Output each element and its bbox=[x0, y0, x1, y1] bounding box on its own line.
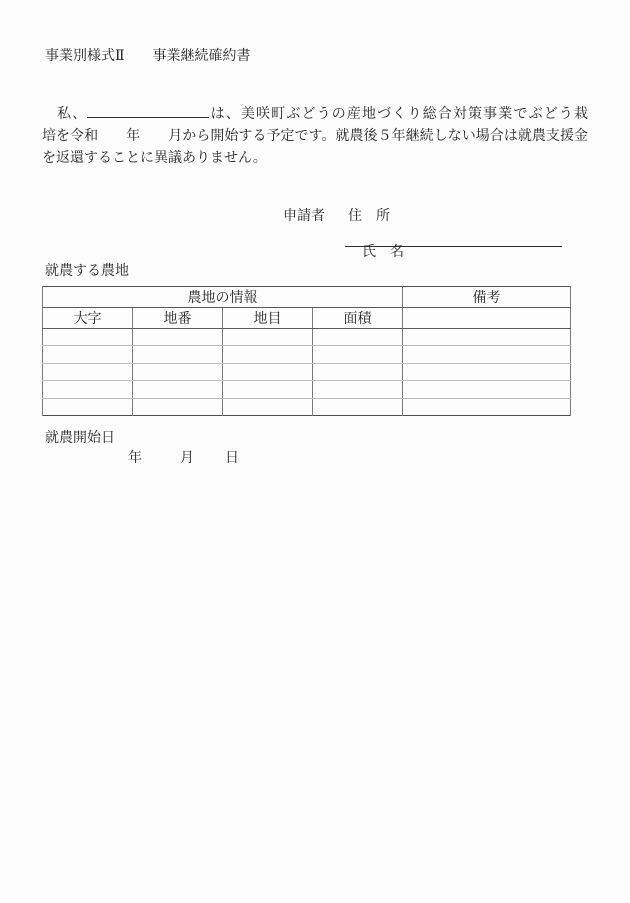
farmland-empty-cell[interactable] bbox=[133, 381, 223, 398]
column-header-chiban: 地番 bbox=[133, 308, 223, 329]
farmland-empty-cell[interactable] bbox=[223, 346, 313, 363]
farmland-table: 農地の情報 備考 大字 地番 地目 面積 bbox=[42, 286, 571, 416]
farmland-empty-cell[interactable] bbox=[313, 381, 403, 398]
farmland-empty-row bbox=[43, 346, 571, 363]
farmland-empty-cell[interactable] bbox=[43, 381, 133, 398]
column-header-menseki: 面積 bbox=[313, 308, 403, 329]
farmland-empty-cell[interactable] bbox=[223, 398, 313, 415]
farmland-empty-row bbox=[43, 398, 571, 415]
applicant-name-blank-field[interactable] bbox=[87, 103, 209, 118]
farmland-empty-cell[interactable] bbox=[223, 329, 313, 346]
pledge-line-1: 私、は、美咲町ぶどうの産地づくり総合対策事業でぶどう栽 bbox=[42, 103, 588, 126]
applicant-name-label: 氏 名 bbox=[359, 245, 404, 260]
farmland-empty-cell[interactable] bbox=[403, 398, 571, 415]
pledge-lead: 私、 bbox=[57, 107, 87, 122]
farmland-empty-cell[interactable] bbox=[223, 381, 313, 398]
column-header-chimoku: 地目 bbox=[223, 308, 313, 329]
farmland-empty-cell[interactable] bbox=[403, 329, 571, 346]
farmland-empty-cell[interactable] bbox=[133, 346, 223, 363]
farmland-section-label: 就農する農地 bbox=[45, 264, 129, 280]
start-date-label: 就農開始日 bbox=[45, 431, 115, 447]
start-date-year-label: 年 bbox=[128, 451, 142, 467]
farmland-column-header-row: 大字 地番 地目 面積 bbox=[43, 308, 571, 329]
farmland-empty-cell[interactable] bbox=[403, 363, 571, 380]
applicant-address-label: 住 所 bbox=[348, 209, 390, 225]
farmland-empty-cell[interactable] bbox=[313, 398, 403, 415]
farmland-empty-cell[interactable] bbox=[133, 398, 223, 415]
farmland-empty-row bbox=[43, 363, 571, 380]
farmland-empty-cell[interactable] bbox=[133, 363, 223, 380]
farmland-info-group-header: 農地の情報 bbox=[43, 287, 403, 308]
farmland-group-header-row: 農地の情報 備考 bbox=[43, 287, 571, 308]
start-date-month-label: 月 bbox=[180, 451, 194, 467]
farmland-empty-cell[interactable] bbox=[133, 329, 223, 346]
applicant-label: 申請者 bbox=[283, 209, 325, 225]
farmland-empty-cell[interactable] bbox=[43, 398, 133, 415]
farmland-empty-cell[interactable] bbox=[313, 329, 403, 346]
pledge-indent bbox=[42, 107, 57, 122]
pledge-line-1-text: は、美咲町ぶどうの産地づくり総合対策事業でぶどう栽 bbox=[209, 107, 588, 122]
document-title: 事業別様式Ⅱ 事業継続確約書 bbox=[45, 49, 251, 65]
farmland-empty-cell[interactable] bbox=[43, 329, 133, 346]
start-date-day-label: 日 bbox=[225, 451, 239, 467]
farmland-empty-cell[interactable] bbox=[43, 346, 133, 363]
remarks-subheader-empty bbox=[403, 308, 571, 329]
remarks-header: 備考 bbox=[403, 287, 571, 308]
farmland-empty-cell[interactable] bbox=[403, 346, 571, 363]
farmland-empty-cell[interactable] bbox=[313, 363, 403, 380]
document-page: 事業別様式Ⅱ 事業継続確約書 私、は、美咲町ぶどうの産地づくり総合対策事業でぶど… bbox=[0, 0, 630, 903]
farmland-empty-cell[interactable] bbox=[403, 381, 571, 398]
farmland-empty-cell[interactable] bbox=[43, 363, 133, 380]
farmland-empty-cell[interactable] bbox=[313, 346, 403, 363]
applicant-name-field[interactable]: 氏 名 bbox=[345, 229, 562, 247]
pledge-paragraph: 私、は、美咲町ぶどうの産地づくり総合対策事業でぶどう栽 培を令和 年 月から開始… bbox=[42, 103, 588, 170]
farmland-empty-row bbox=[43, 329, 571, 346]
column-header-oaza: 大字 bbox=[43, 308, 133, 329]
farmland-empty-cell[interactable] bbox=[223, 363, 313, 380]
farmland-empty-row bbox=[43, 381, 571, 398]
pledge-line-2: 培を令和 年 月から開始する予定です。就農後５年継続しない場合は就農支援金 bbox=[42, 126, 588, 148]
pledge-line-3: を返還することに異議ありません。 bbox=[42, 148, 588, 170]
